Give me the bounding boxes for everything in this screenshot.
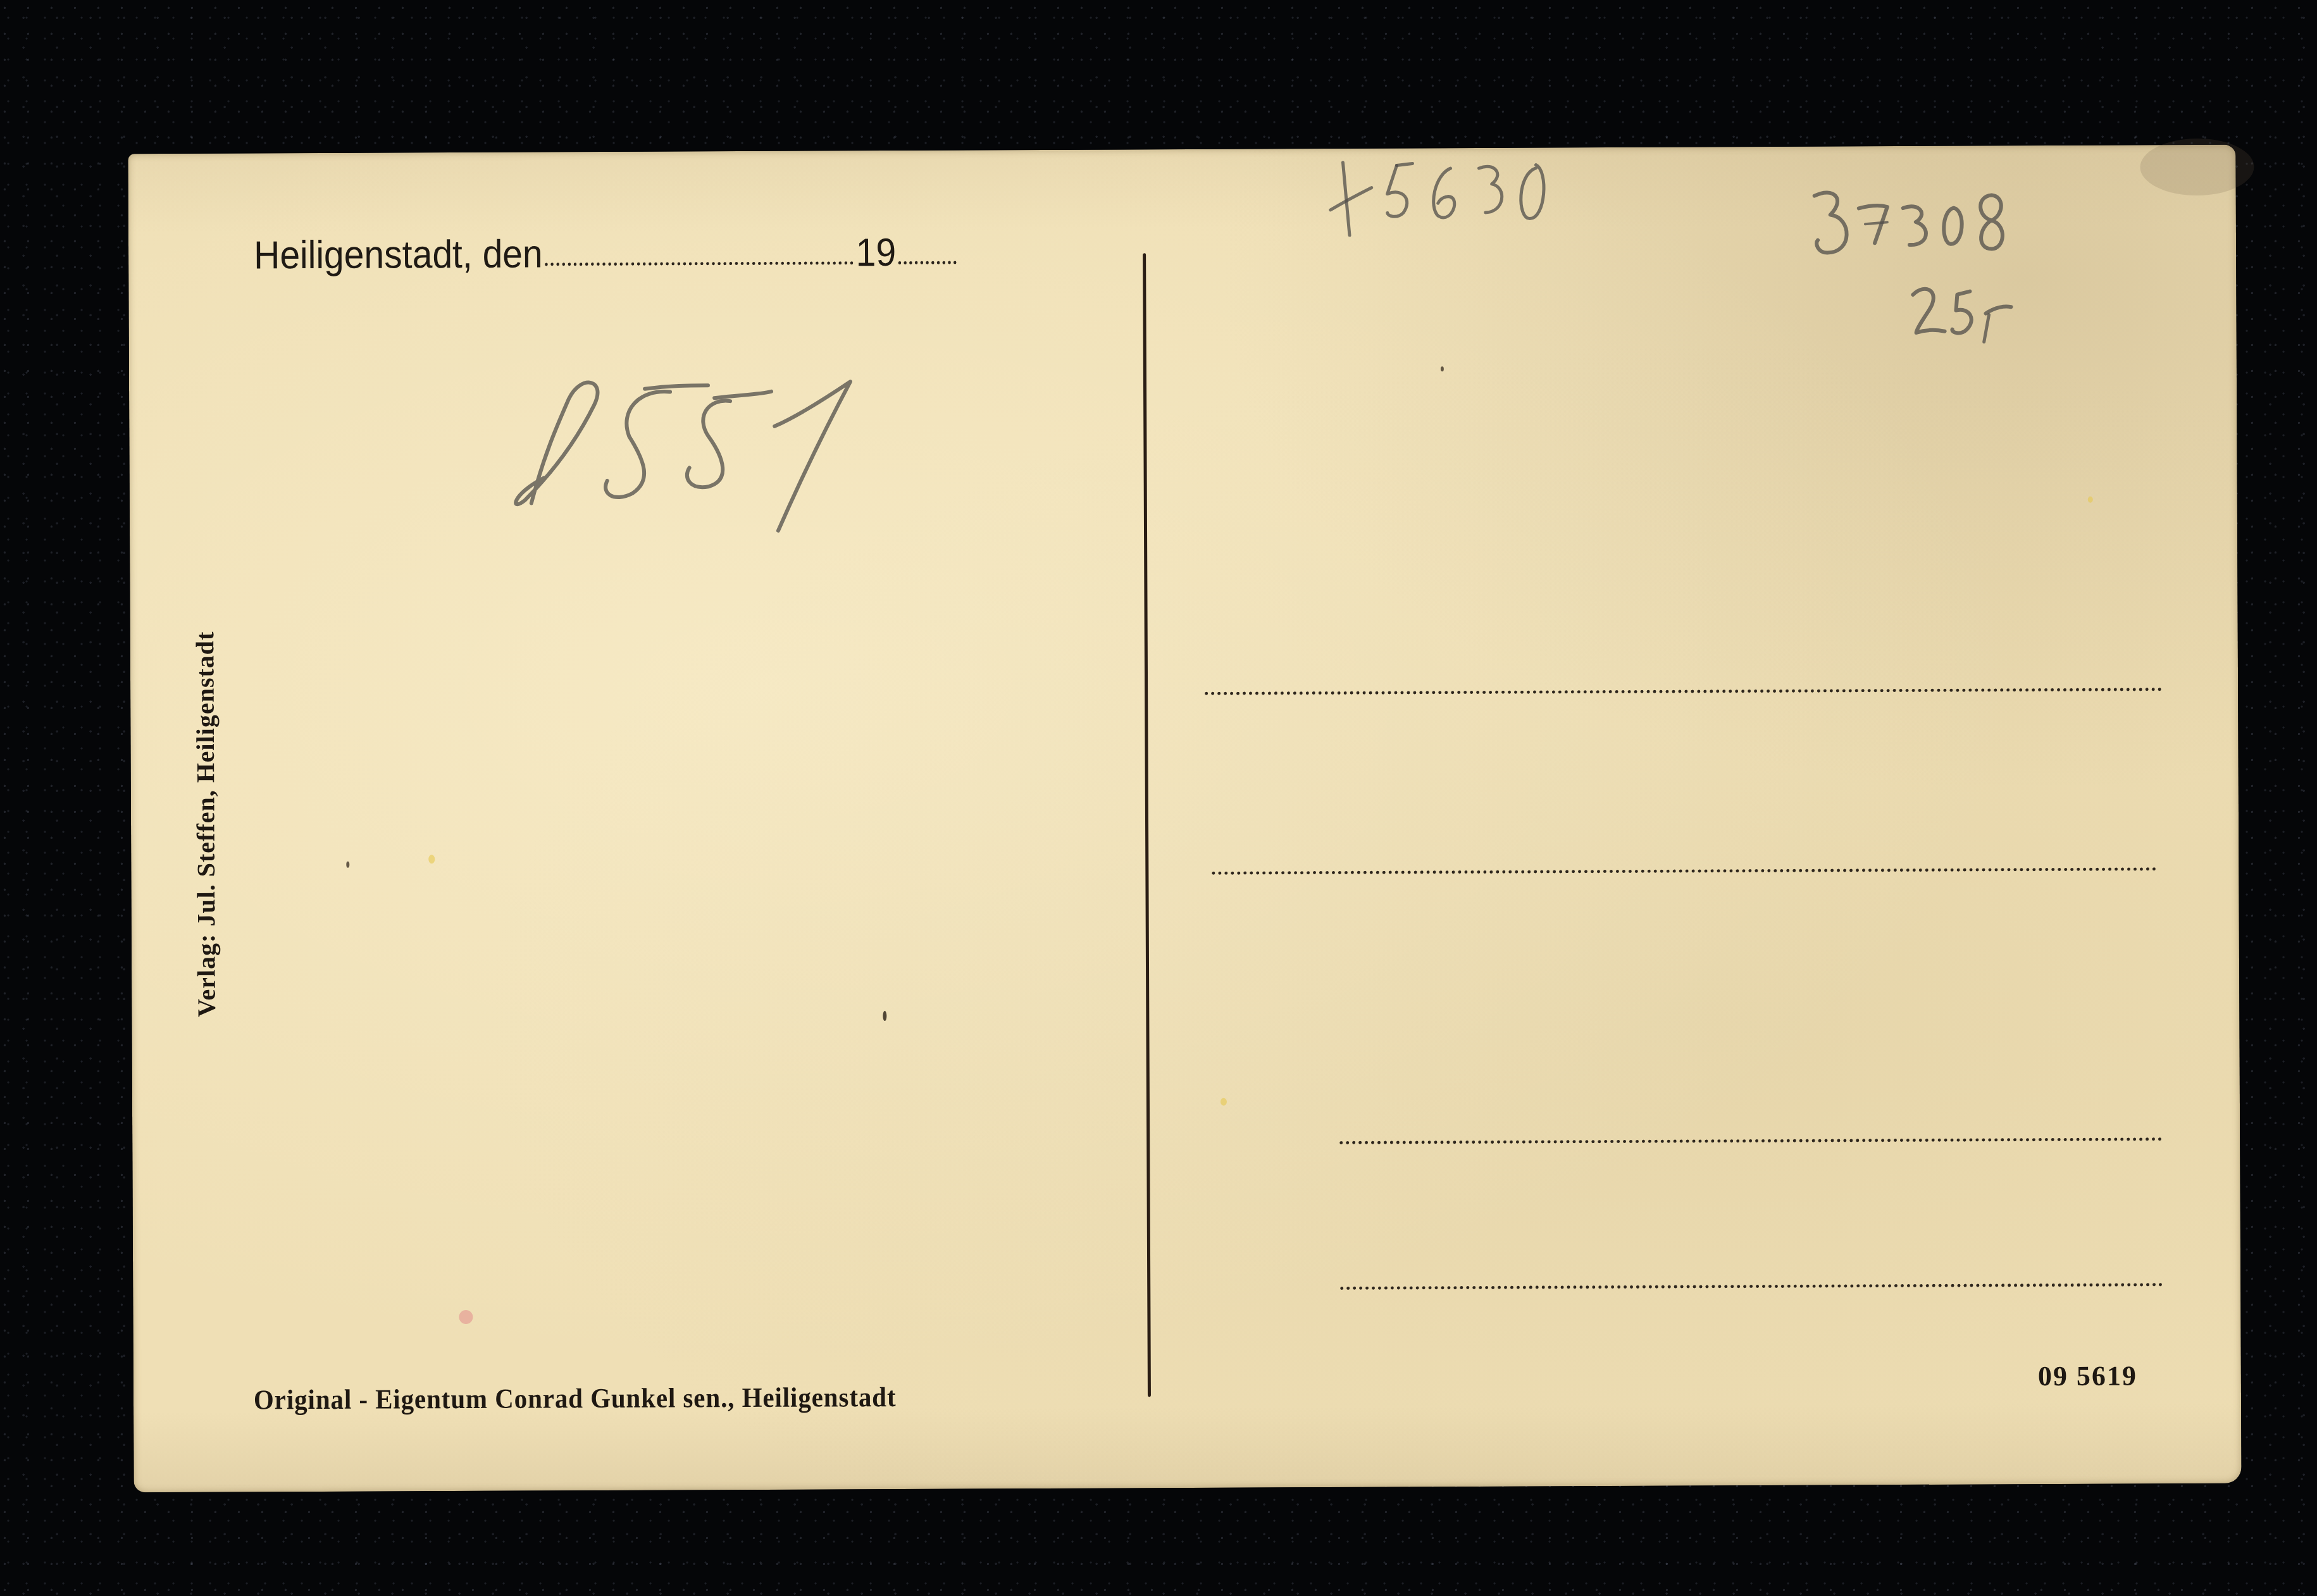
ink-speck-3 [1441, 366, 1444, 371]
date-year-dotted-field [898, 261, 957, 264]
stain-yellow-1 [428, 855, 435, 863]
address-line-1 [1205, 688, 2162, 695]
pencil-note-5630: +5630 [1327, 149, 1606, 245]
copyright-owner-line: Original - Eigentum Conrad Gunkel sen., … [254, 1381, 897, 1416]
card-serial-number: 09 5619 [2038, 1359, 2137, 1392]
ink-speck-2 [346, 862, 349, 868]
handwriting-5630-icon [1327, 149, 1606, 245]
publisher-imprint: Verlag: Jul. Steffen, Heiligenstadt [190, 631, 221, 1017]
handwriting-8551-icon [506, 366, 873, 532]
wear-corner-top-right [2140, 139, 2254, 196]
stain-yellow-2 [1221, 1098, 1227, 1106]
date-line: Heiligenstadt, den 19 [254, 230, 957, 278]
address-line-2 [1212, 867, 2156, 875]
date-line-place: Heiligenstadt, den [254, 232, 543, 278]
ink-speck-1 [883, 1011, 886, 1021]
message-address-divider [1143, 253, 1151, 1397]
handwriting-price-icon [1906, 275, 2033, 345]
address-line-4 [1340, 1283, 2163, 1290]
postcard-back: Heiligenstadt, den 19 Verlag: Jul. Steff… [128, 145, 2241, 1493]
address-line-3 [1339, 1137, 2162, 1144]
stain-pink [459, 1310, 473, 1324]
handwriting-37308-icon [1808, 182, 2018, 265]
date-day-dotted-field [545, 261, 854, 266]
pencil-note-price: 25,- [1906, 275, 2033, 345]
pencil-note-37308: 37308 [1808, 182, 2018, 265]
pencil-note-8551: 8551 [506, 366, 873, 532]
stain-yellow-3 [2088, 497, 2093, 503]
date-line-year-prefix: 19 [856, 230, 897, 275]
